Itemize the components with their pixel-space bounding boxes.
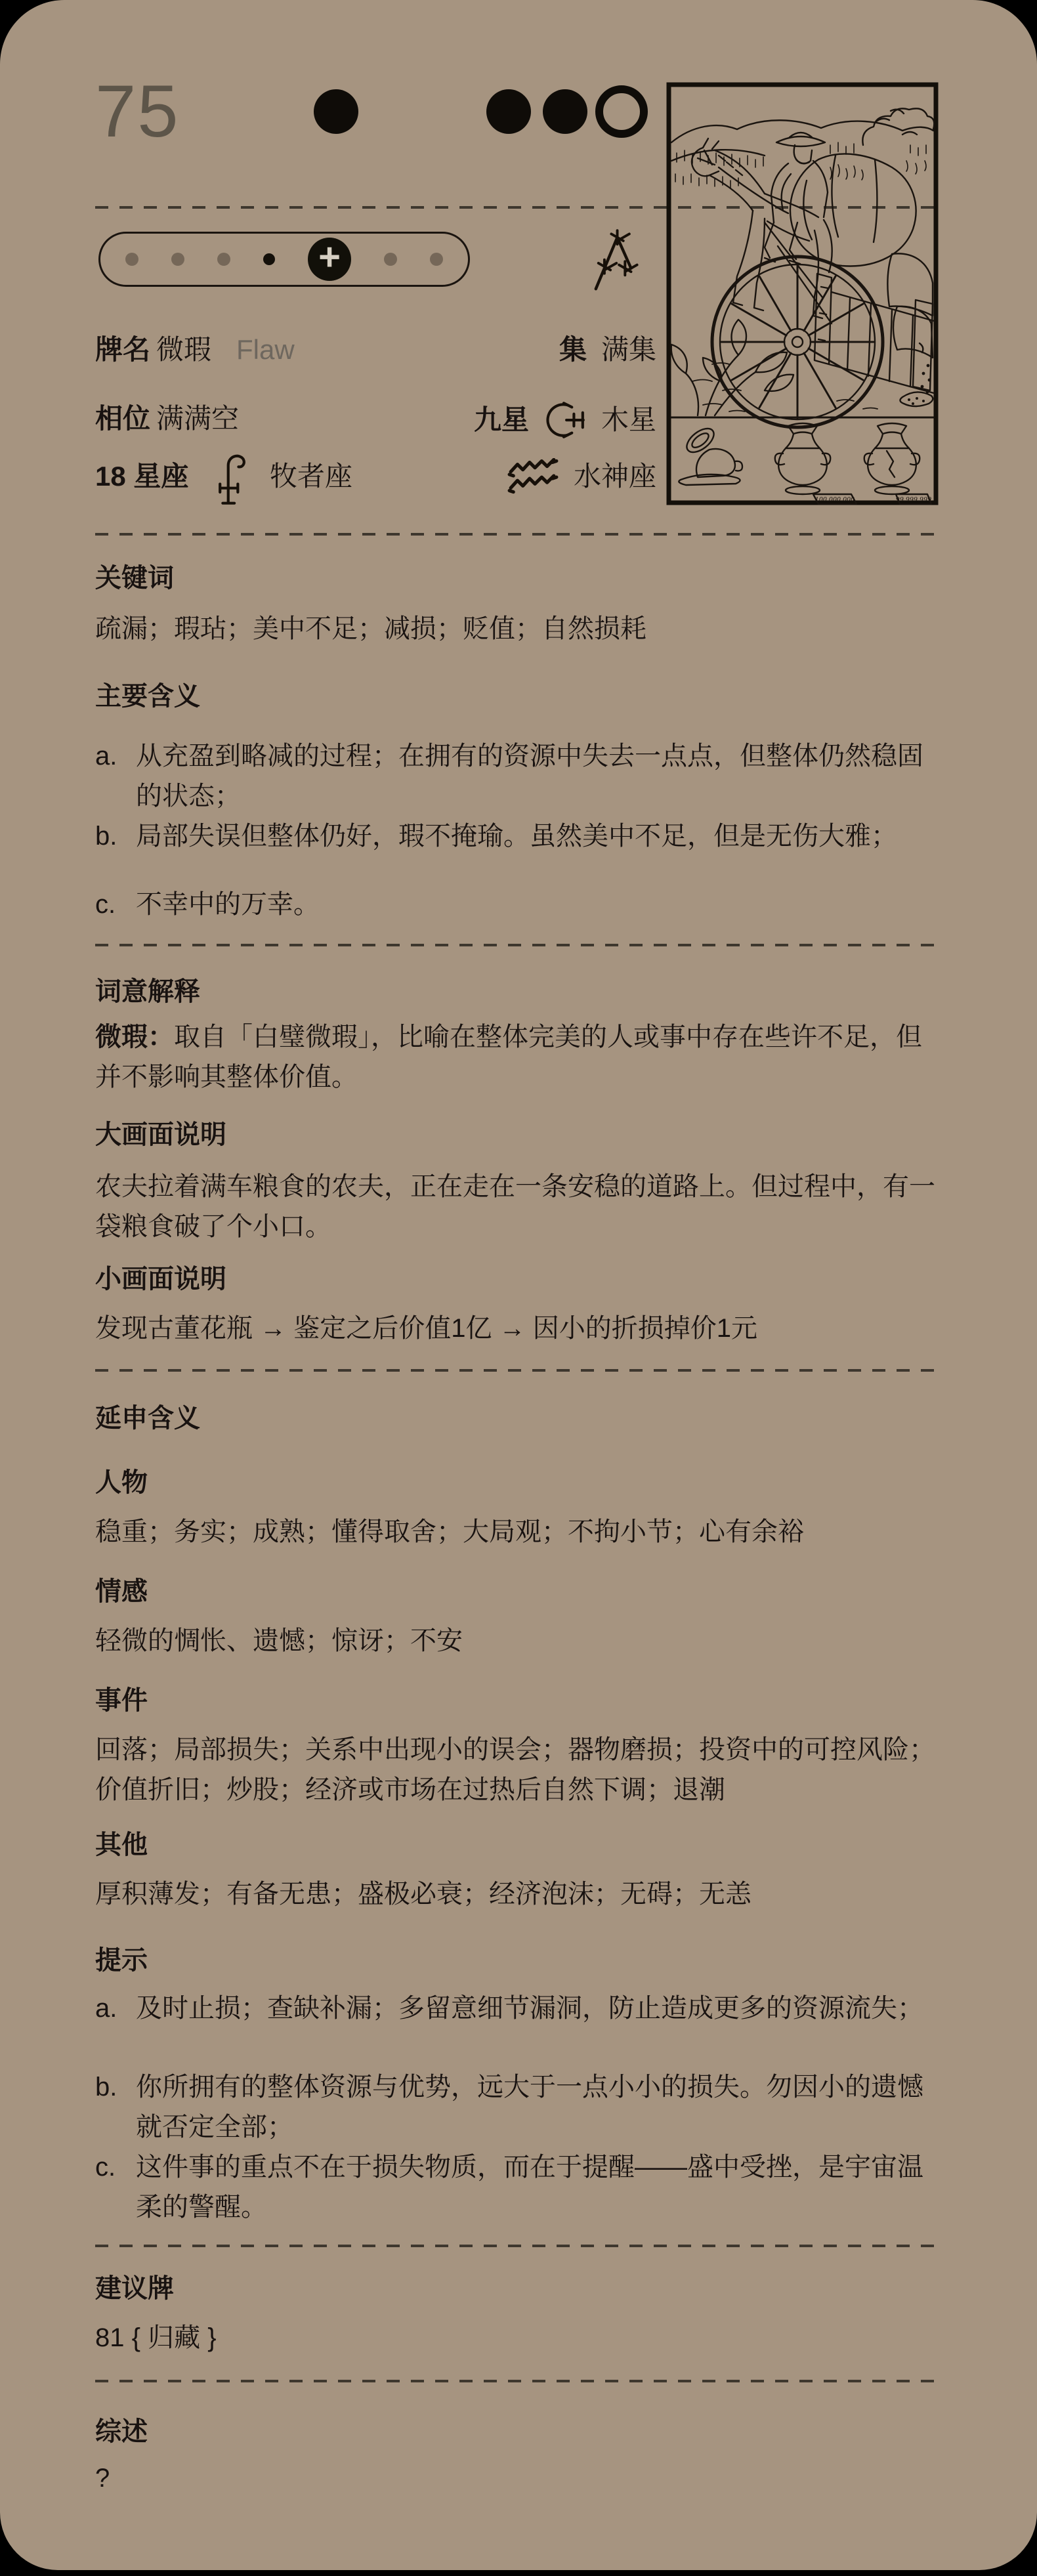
plus-icon: + xyxy=(318,238,341,276)
add-button[interactable]: + xyxy=(308,238,351,281)
list-text: 这件事的重点不在于损失物质，而在于提醒——盛中受挫，是宇宙温柔的警醒。 xyxy=(136,2147,942,2228)
word-explain-term: 微瑕： xyxy=(95,1023,174,1051)
reins xyxy=(719,167,783,211)
list-marker: a. xyxy=(95,1989,136,2029)
list-item: b. 你所拥有的整体资源与优势，远大于一点小小的损失。勿因小的遗憾就否定全部； xyxy=(95,2067,942,2147)
progress-dot-4-current[interactable] xyxy=(263,253,275,265)
info-right-label: 集 xyxy=(559,331,587,368)
subsection-title-person: 人物 xyxy=(95,1466,148,1499)
vase-flawed xyxy=(864,423,931,504)
list-text: 从充盈到略减的过程；在拥有的资源中失去一点点，但整体仍然稳固的状态； xyxy=(136,736,942,816)
section-title-summary: 综述 xyxy=(95,2415,148,2448)
phase-dot-3-filled-icon xyxy=(543,89,587,134)
advice-body: 81 { 归藏 } xyxy=(95,2318,942,2358)
list-text: 你所拥有的整体资源与优势，远大于一点小小的损失。勿因小的遗憾就否定全部； xyxy=(136,2067,942,2147)
water-constellation-icon xyxy=(507,458,559,495)
list-text: 不幸中的万幸。 xyxy=(136,885,942,925)
section-title-word-explain: 词意解释 xyxy=(95,975,200,1008)
subsection-title-other: 其他 xyxy=(95,1828,148,1861)
section-title-tips: 提示 xyxy=(95,1944,148,1977)
divider-dashed xyxy=(95,944,942,946)
farmer xyxy=(765,133,828,264)
info-value: 满满空 xyxy=(156,400,239,437)
section-title-keywords: 关键词 xyxy=(95,562,174,595)
phase-dot-4-outline-icon xyxy=(595,85,648,138)
divider-dashed xyxy=(95,533,942,536)
phase-dot-1-filled-icon xyxy=(314,89,358,134)
progress-stepper[interactable]: + xyxy=(98,232,470,287)
info-right-value: 满集 xyxy=(601,331,656,368)
plaque-value-right: 99,999,999 xyxy=(896,496,931,503)
info-right-value: 水神座 xyxy=(574,458,656,495)
info-value-en: Flaw xyxy=(236,331,295,368)
section-title-main-meaning: 主要含义 xyxy=(95,680,200,713)
divider-dashed xyxy=(95,2245,942,2247)
card-illustration: 100,000,000 99,999,999 xyxy=(666,82,939,505)
card-number: 75 xyxy=(95,75,180,148)
divider-dashed xyxy=(95,1369,942,1372)
word-explain-body: 微瑕：取自「白璧微瑕」，比喻在整体完美的人或事中存在些许不足，但并不影响其整体价… xyxy=(95,1017,942,1097)
list-marker: b. xyxy=(95,816,136,856)
list-text: 局部失误但整体仍好，瑕不掩瑜。虽然美中不足，但是无伤大雅； xyxy=(136,816,942,856)
card-page: 75 + xyxy=(0,0,1037,2570)
section-title-advice: 建议牌 xyxy=(95,2272,174,2305)
list-marker: c. xyxy=(95,2147,136,2228)
list-marker: a. xyxy=(95,736,136,816)
plaque-value-left: 100,000,000 xyxy=(815,496,855,503)
progress-dot-7[interactable] xyxy=(430,253,443,266)
info-value: 牧者座 xyxy=(270,458,352,495)
list-item: a. 从充盈到略减的过程；在拥有的资源中失去一点点，但整体仍然稳固的状态； xyxy=(95,736,942,816)
constellation-icon xyxy=(586,227,640,294)
list-item: a. 及时止损；查缺补漏；多留意细节漏洞，防止造成更多的资源流失； xyxy=(95,1989,942,2029)
section-title-extended: 延申含义 xyxy=(95,1402,200,1435)
subsection-title-emotion: 情感 xyxy=(95,1575,148,1608)
cart-wheel xyxy=(712,257,883,427)
section-title-big-picture: 大画面说明 xyxy=(95,1118,226,1151)
divider-dashed xyxy=(95,2380,942,2382)
subsection-title-event: 事件 xyxy=(95,1684,148,1717)
summary-body: ? xyxy=(95,2459,942,2499)
info-label: 牌名 xyxy=(95,331,150,368)
person-body: 稳重；务实；成熟；懂得取舍；大局观；不拘小节；心有余裕 xyxy=(95,1512,942,1552)
grain-sacks xyxy=(790,154,933,358)
emotion-body: 轻微的惆怅、遗憾；惊讶；不安 xyxy=(95,1621,942,1661)
info-label: 相位 xyxy=(95,400,150,437)
section-title-small-picture: 小画面说明 xyxy=(95,1263,226,1296)
foreground-plants xyxy=(671,320,794,415)
info-right-label: 九星 xyxy=(474,402,529,438)
progress-dot-1[interactable] xyxy=(125,253,138,266)
info-label: 18 星座 xyxy=(95,458,188,495)
progress-dot-3[interactable] xyxy=(217,253,230,266)
vase-buried xyxy=(679,424,742,485)
keywords-body: 疏漏；瑕玷；美中不足；减损；贬值；自然损耗 xyxy=(95,609,942,649)
shepherd-constellation-icon xyxy=(217,448,247,508)
list-marker: c. xyxy=(95,885,136,925)
list-text: 及时止损；查缺补漏；多留意细节漏洞，防止造成更多的资源流失； xyxy=(136,1989,942,2029)
hills xyxy=(671,120,933,161)
phase-dot-2-filled-icon xyxy=(486,89,531,134)
list-item: b. 局部失误但整体仍好，瑕不掩瑜。虽然美中不足，但是无伤大雅； xyxy=(95,816,942,856)
nine-star-planet-icon xyxy=(543,400,587,440)
other-body: 厚积薄发；有备无患；盛极必衰；经济泡沫；无碍；无恙 xyxy=(95,1874,942,1914)
list-item: c. 这件事的重点不在于损失物质，而在于提醒——盛中受挫，是宇宙温柔的警醒。 xyxy=(95,2147,942,2228)
word-explain-text: 取自「白璧微瑕」，比喻在整体完美的人或事中存在些许不足，但并不影响其整体价值。 xyxy=(95,1023,922,1091)
illustration-frame xyxy=(669,85,936,503)
info-right-value: 木星 xyxy=(601,402,656,438)
big-picture-body: 农夫拉着满车粮食的农夫，正在走在一条安稳的道路上。但过程中，有一袋粮食破了个小口… xyxy=(95,1167,942,1247)
progress-dot-2[interactable] xyxy=(171,253,184,266)
event-body: 回落；局部损失；关系中出现小的误会；器物磨损；投资中的可控风险；价值折旧；炒股；… xyxy=(95,1730,942,1810)
small-picture-body: 发现古董花瓶 → 鉴定之后价值1亿 → 因小的折损掉价1元 xyxy=(95,1309,942,1349)
progress-dot-6[interactable] xyxy=(384,253,397,266)
list-marker: b. xyxy=(95,2067,136,2147)
list-item: c. 不幸中的万幸。 xyxy=(95,885,942,925)
info-value: 微瑕 xyxy=(156,331,211,368)
vase-whole xyxy=(775,423,857,504)
